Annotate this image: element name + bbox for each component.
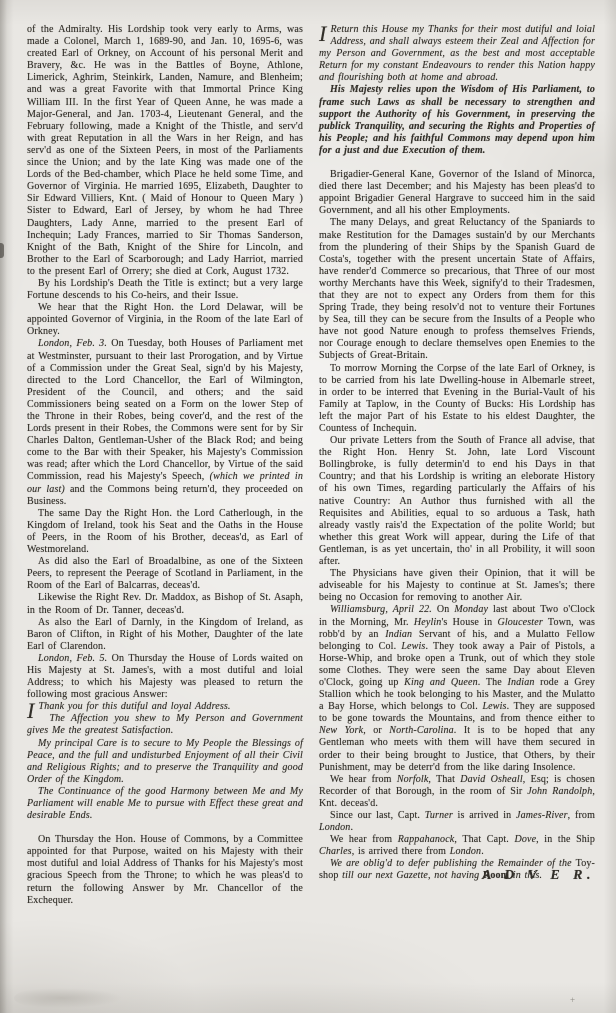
text-segment: To morrow Morning the Corpse of the late…	[319, 363, 595, 434]
text-segment: , That	[428, 774, 460, 785]
paragraph: Williamsburg, April 22. On Monday last a…	[319, 604, 595, 773]
text-segment: Williamsburg, April 22.	[330, 604, 432, 615]
text-segment: Gloucester	[497, 617, 542, 628]
text-segment: North-Carolina	[389, 725, 454, 736]
text-segment: The same Day the Right Hon. the Lord Cat…	[27, 508, 303, 555]
paper-stain	[14, 985, 134, 1011]
text-segment: Dove	[514, 834, 536, 845]
paragraph: Since our last, Capt. Turner is arrived …	[319, 810, 595, 834]
text-segment: We hear from	[330, 774, 397, 785]
text-block: of the Admiralty. His Lordship took very…	[27, 24, 595, 907]
text-segment: His Majesty relies upon the Wisdom of Hi…	[319, 84, 595, 155]
paragraph: IReturn this House my Thanks for their m…	[319, 24, 595, 84]
text-segment: London, Feb. 5.	[38, 653, 107, 664]
text-segment: Thank you for this dutiful and loyal Add…	[38, 701, 230, 712]
text-segment: We hear from	[330, 834, 398, 845]
text-segment: As also the Earl of Darnly, in the Kingd…	[27, 617, 303, 652]
paragraph: of the Admiralty. His Lordship took very…	[27, 24, 303, 278]
text-segment: New York	[319, 725, 363, 736]
text-segment: The many Delays, and great Reluctancy of…	[319, 217, 595, 361]
text-segment: Likewise the Right Rev. Dr. Maddox, as B…	[27, 592, 303, 615]
text-segment: Charles	[319, 846, 352, 857]
left-column: of the Admiralty. His Lordship took very…	[27, 24, 303, 907]
text-segment: till our next Gazette, not having	[339, 870, 483, 881]
paragraph: The Physicians have given their Opinion,…	[319, 568, 595, 604]
text-segment: of the Admiralty. His Lordship took very…	[27, 24, 303, 277]
paragraph: We hear from Rappahanock, That Capt. Dov…	[319, 834, 595, 858]
right-column: IReturn this House my Thanks for their m…	[319, 24, 595, 907]
text-segment: . The	[478, 677, 508, 688]
text-segment: 's House in	[441, 617, 497, 628]
paragraph: The many Delays, and great Reluctancy of…	[319, 217, 595, 362]
text-segment: , from	[568, 810, 595, 821]
text-segment: Monday	[454, 604, 488, 615]
paragraph: As did also the Earl of Broadalbine, as …	[27, 556, 303, 592]
drop-cap-letter: I	[319, 24, 330, 44]
paragraph: Likewise the Right Rev. Dr. Maddox, as B…	[27, 592, 303, 616]
text-segment: King and Queen	[404, 677, 478, 688]
text-segment: , in the Ship	[536, 834, 595, 845]
text-segment: We hear that the Right Hon. the Lord Del…	[27, 302, 303, 337]
text-segment: The Continuance of the good Harmony betw…	[27, 786, 303, 821]
text-segment: is arrived in	[453, 810, 516, 821]
text-segment: Indian	[385, 629, 412, 640]
paragraph: The Continuance of the good Harmony betw…	[27, 786, 303, 822]
text-segment: London, Feb. 3.	[38, 338, 107, 349]
text-segment: Turner	[425, 810, 453, 821]
paragraph: Our private Letters from the South of Fr…	[319, 435, 595, 568]
paragraph: London, Feb. 5. On Thursday the House of…	[27, 653, 303, 701]
text-segment: Our private Letters from the South of Fr…	[319, 435, 595, 567]
text-segment: David Osheall	[460, 774, 523, 785]
drop-cap-letter: I	[27, 701, 38, 721]
text-segment: On Tuesday, both Houses of Parliament me…	[27, 338, 303, 482]
text-segment: On	[432, 604, 454, 615]
text-segment: Indian	[508, 677, 535, 688]
newspaper-page: + of the Admiralty. His Lordship took ve…	[0, 0, 616, 1013]
text-segment: Since our last, Capt.	[330, 810, 425, 821]
text-segment: Lewis	[482, 701, 506, 712]
paragraph: By his Lordship's Death the Title is ext…	[27, 278, 303, 302]
ink-smudge	[0, 243, 4, 258]
paragraph: My principal Care is to secure to My Peo…	[27, 738, 303, 786]
text-segment: James-River	[516, 810, 568, 821]
text-segment: My principal Care is to secure to My Peo…	[27, 738, 303, 785]
text-segment: Heylin	[414, 617, 442, 628]
text-segment: By his Lordship's Death the Title is ext…	[27, 278, 303, 301]
paragraph: IThank you for this dutiful and loyal Ad…	[27, 701, 303, 713]
paragraph: On Thursday the Hon. House of Commons, b…	[27, 834, 303, 907]
paragraph: We hear from Norfolk, That David Osheall…	[319, 774, 595, 810]
text-segment: The Affection you shew to My Person and …	[27, 713, 303, 736]
text-segment: and the Commons being return'd, they pro…	[27, 484, 303, 507]
paragraph: Brigadier-General Kane, Governor of the …	[319, 169, 595, 217]
paragraph: The same Day the Right Hon. the Lord Cat…	[27, 508, 303, 556]
text-segment: Return this House my Thanks for their mo…	[319, 24, 595, 83]
paragraph: His Majesty relies upon the Wisdom of Hi…	[319, 84, 595, 157]
text-segment: London	[450, 846, 481, 857]
text-segment: Norfolk	[397, 774, 429, 785]
text-segment: , is arrived there from	[352, 846, 450, 857]
paragraph: To morrow Morning the Corpse of the late…	[319, 363, 595, 436]
text-segment: Lewis	[401, 641, 425, 652]
text-segment: Brigadier-General Kane, Governor of the …	[319, 169, 595, 216]
text-segment: A D V E R.	[482, 868, 595, 883]
text-segment: John Randolph	[527, 786, 592, 797]
scan-edge-shading	[0, 0, 7, 1013]
text-segment: , That Capt.	[454, 834, 514, 845]
paragraph: As also the Earl of Darnly, in the Kingd…	[27, 617, 303, 653]
text-segment: On Thursday the Hon. House of Commons, b…	[27, 834, 303, 905]
paragraph: London, Feb. 3. On Tuesday, both Houses …	[27, 338, 303, 507]
text-segment: Rappahanock	[398, 834, 455, 845]
text-segment: , or	[363, 725, 389, 736]
text-segment: London	[319, 822, 350, 833]
paragraph: We hear that the Right Hon. the Lord Del…	[27, 302, 303, 338]
paragraph: The Affection you shew to My Person and …	[27, 713, 303, 737]
text-segment: As did also the Earl of Broadalbine, as …	[27, 556, 303, 591]
text-segment: The Physicians have given their Opinion,…	[319, 568, 595, 603]
paper-speck: +	[570, 995, 575, 1005]
text-segment: .	[481, 846, 484, 857]
text-segment: .	[350, 822, 353, 833]
